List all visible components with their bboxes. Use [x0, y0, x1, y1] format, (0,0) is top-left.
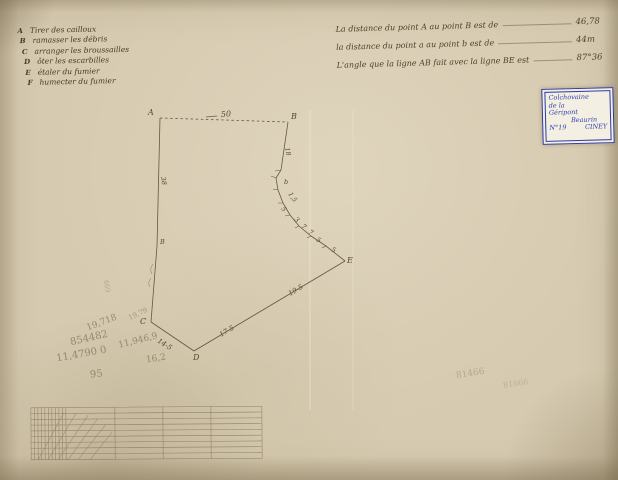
table-column-lines [31, 406, 262, 460]
pencil-calculation: 95 [89, 368, 103, 380]
table-dense-verticals [34, 408, 62, 460]
scanned-survey-document: A Tirer des cailloux B ramasser les débr… [0, 0, 618, 480]
table-horizontal-lines [31, 406, 262, 460]
ruled-table [0, 0, 618, 480]
